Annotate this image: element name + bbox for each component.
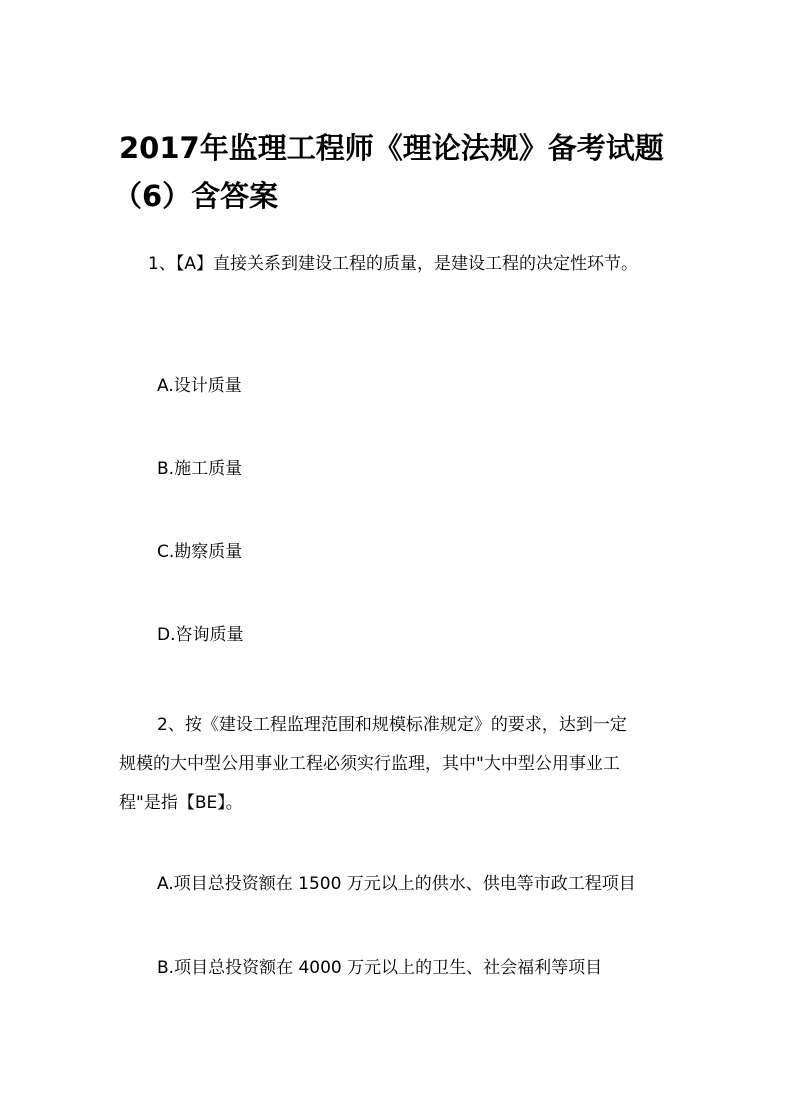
title-line-1: 2017年监理工程师《理论法规》备考试题	[119, 124, 699, 172]
question-1-option-d: D.咨询质量	[157, 625, 244, 645]
question-1-option-b: B.施工质量	[157, 459, 242, 479]
document-page: 2017年监理工程师《理论法规》备考试题 （6）含答案 1、【A】直接关系到建设…	[0, 0, 792, 1120]
question-2-stem: 2、按《建设工程监理范围和规模标准规定》的要求，达到一定 规模的大中型公用事业工…	[119, 706, 679, 823]
document-title: 2017年监理工程师《理论法规》备考试题 （6）含答案	[119, 124, 699, 220]
question-2-option-b: B.项目总投资额在 4000 万元以上的卫生、社会福利等项目	[157, 958, 602, 978]
question-2-stem-line-2: 规模的大中型公用事业工程必须实行监理，其中"大中型公用事业工	[119, 745, 679, 784]
question-1-option-c: C.勘察质量	[157, 542, 242, 562]
question-2-stem-line-1: 2、按《建设工程监理范围和规模标准规定》的要求，达到一定	[119, 706, 679, 745]
question-2-option-a: A.项目总投资额在 1500 万元以上的供水、供电等市政工程项目	[157, 874, 636, 894]
question-1-option-a: A.设计质量	[157, 376, 242, 396]
question-2-stem-line-3: 程"是指【BE】。	[119, 784, 679, 823]
question-1-stem: 1、【A】直接关系到建设工程的质量，是建设工程的决定性环节。	[148, 254, 638, 274]
title-line-2: （6）含答案	[113, 172, 699, 220]
